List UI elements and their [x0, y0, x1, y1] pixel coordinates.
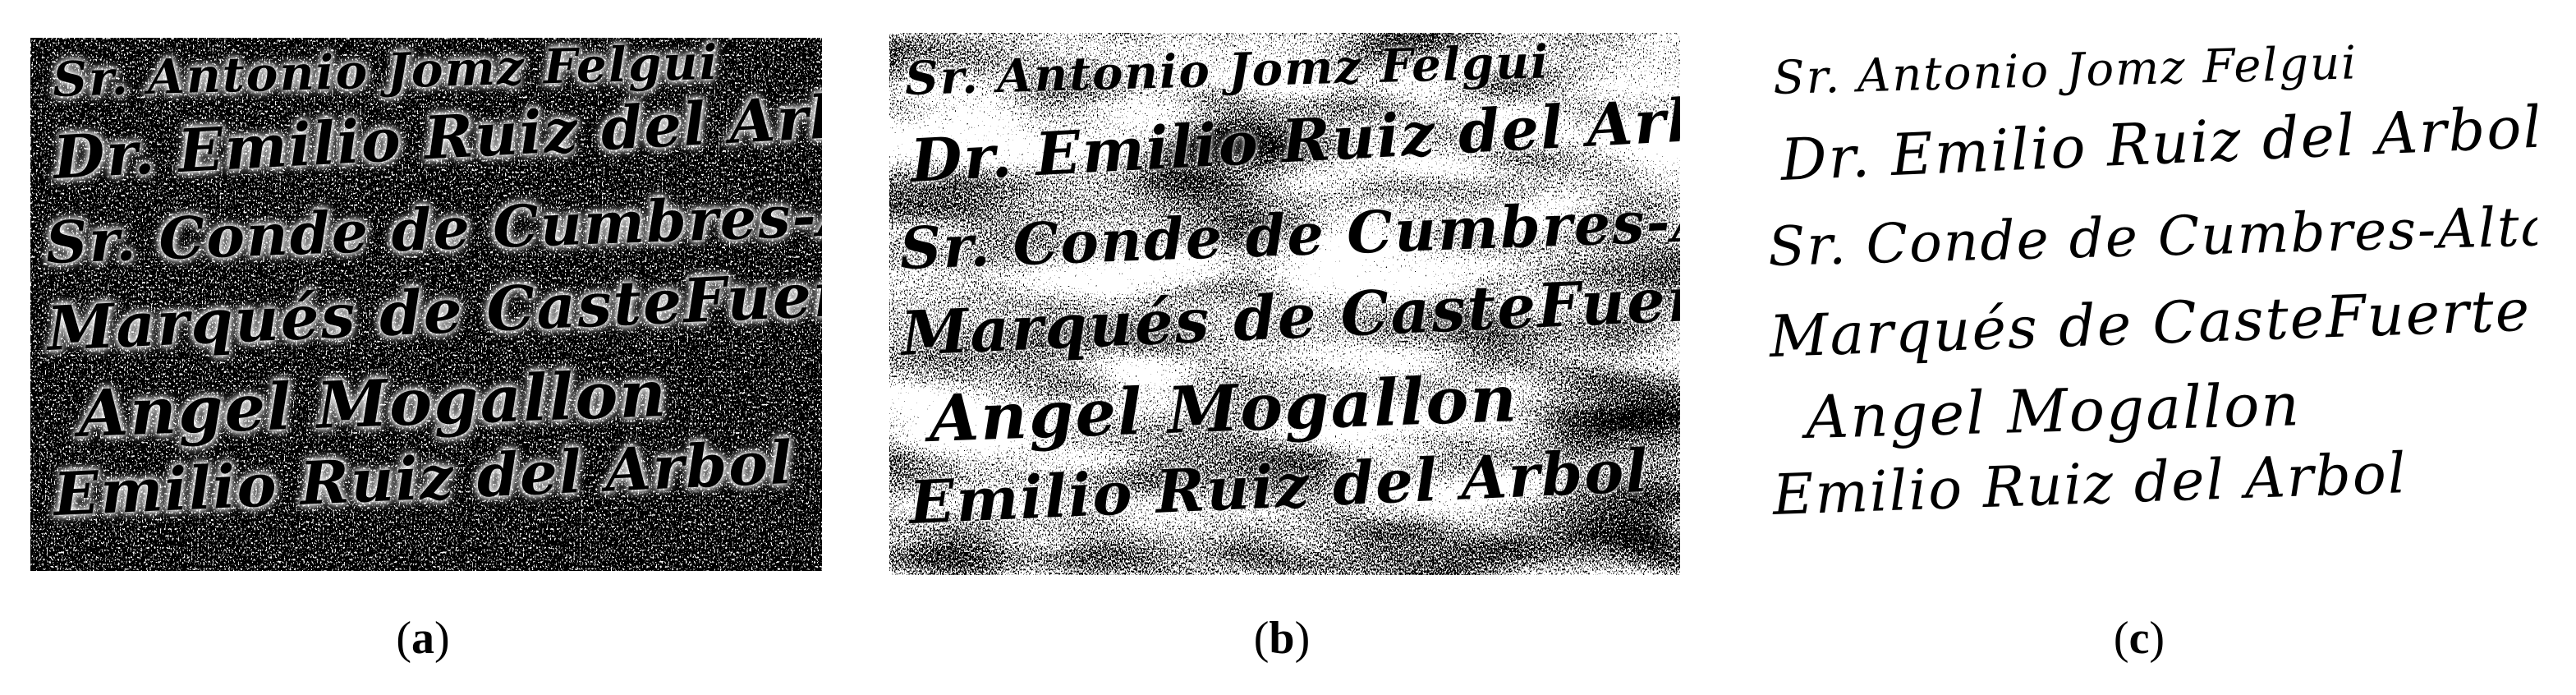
handwritten-line-5: Angel Mogallon [77, 362, 668, 447]
caption-paren-close: ) [1295, 613, 1311, 664]
caption-paren-open: ( [396, 613, 411, 664]
handwritten-line-6: Emilio Ruiz del Arbol [1772, 446, 2408, 524]
handwritten-text-block: Sr. Antonio Jomz Felgui Dr. Emilio Ruiz … [30, 38, 822, 571]
caption-letter: a [411, 613, 434, 664]
handwritten-line-6: Emilio Ruiz del Arbol [908, 441, 1651, 532]
caption-letter: c [2129, 613, 2150, 664]
panel-a-heavy-noise-image: Sr. Antonio Jomz Felgui Dr. Emilio Ruiz … [30, 38, 822, 571]
panel-c-clean-image: Sr. Antonio Jomz Felgui Dr. Emilio Ruiz … [1749, 33, 2537, 575]
caption-paren-open: ( [2114, 613, 2129, 664]
handwritten-line-5: Angel Mogallon [928, 367, 1519, 452]
handwritten-line-4: Marqués de CasteFuerte [1769, 282, 2532, 366]
handwritten-line-3: Sr. Conde de Cumbres-Altas [899, 187, 1680, 278]
panel-b-moderate-noise-image: Sr. Antonio Jomz Felgui Dr. Emilio Ruiz … [889, 33, 1680, 575]
caption-a: (a) [357, 610, 489, 667]
handwritten-text-block: Sr. Antonio Jomz Felgui Dr. Emilio Ruiz … [889, 33, 1680, 575]
handwritten-line-3: Sr. Conde de Cumbres-Altas [45, 182, 822, 272]
handwritten-text-block: Sr. Antonio Jomz Felgui Dr. Emilio Ruiz … [1749, 33, 2537, 575]
handwritten-line-1: Sr. Antonio Jomz Felgui [905, 39, 1550, 102]
caption-c: (c) [2073, 610, 2205, 667]
handwritten-line-5: Angel Mogallon [1805, 375, 2302, 447]
caption-b: (b) [1216, 610, 1348, 667]
caption-paren-close: ) [434, 613, 450, 664]
caption-paren-close: ) [2149, 613, 2165, 664]
caption-paren-open: ( [1254, 613, 1270, 664]
handwritten-line-3: Sr. Conde de Cumbres-Altas [1767, 199, 2537, 274]
handwritten-line-2: Dr. Emilio Ruiz del Arbol [1779, 99, 2537, 189]
caption-letter: b [1269, 613, 1294, 664]
handwritten-line-1: Sr. Antonio Jomz Felgui [1773, 40, 2358, 102]
handwritten-line-4: Marqués de CasteFuerte [46, 261, 822, 360]
handwritten-line-4: Marqués de CasteFuerte [900, 266, 1680, 365]
